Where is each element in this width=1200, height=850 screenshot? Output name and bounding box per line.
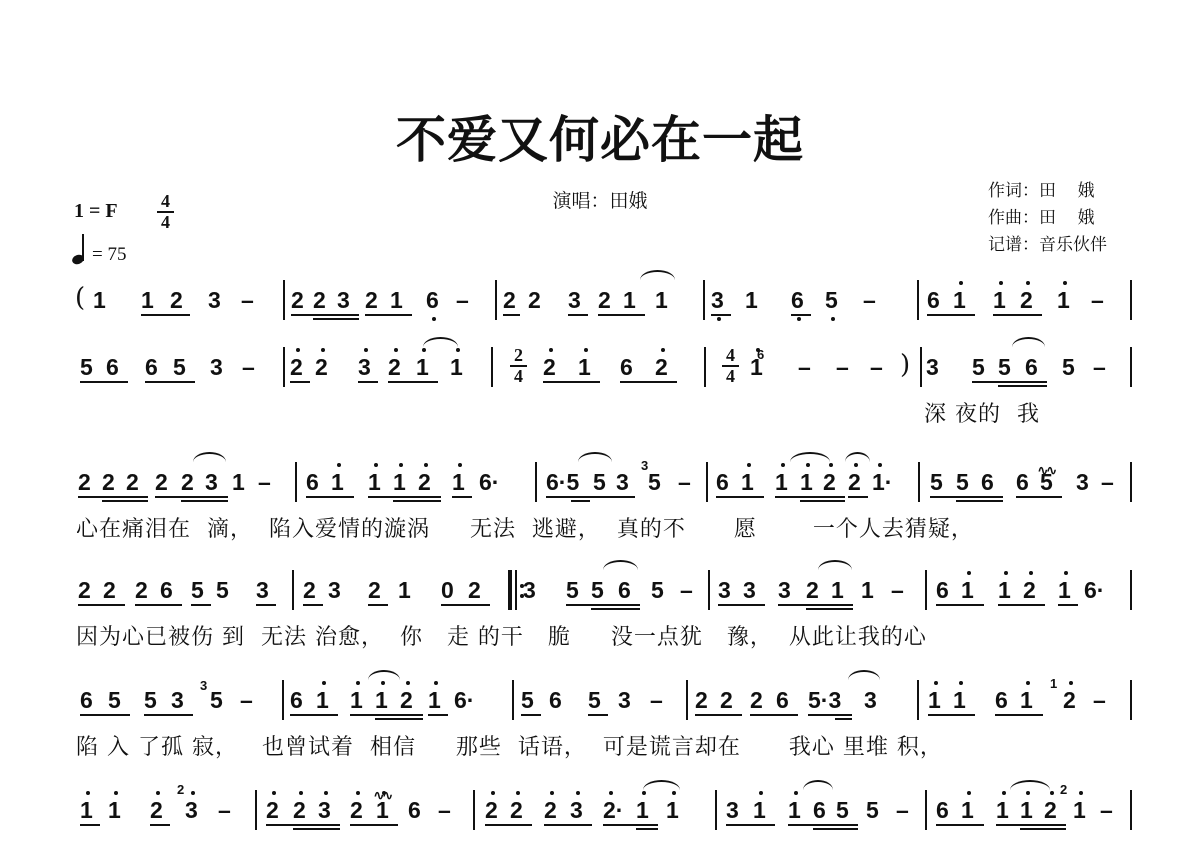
note: 2: [1020, 287, 1036, 313]
beam-underline: [428, 714, 448, 716]
note: 6·5: [546, 469, 588, 495]
beam-underline: [365, 314, 412, 316]
note: 1: [578, 354, 594, 380]
high-octave-dot: [1064, 571, 1068, 575]
note: –: [258, 469, 274, 495]
note: 5: [930, 469, 946, 495]
note: 3: [208, 287, 224, 313]
note: 3: [778, 577, 794, 603]
slur: [368, 670, 400, 680]
note: 6: [426, 287, 442, 313]
note: 1: [393, 469, 409, 495]
note: –: [836, 354, 852, 380]
beam-underline: [543, 381, 600, 383]
note: 1: [141, 287, 157, 313]
repeat-start-barline: [515, 570, 517, 610]
beam-underline: [998, 604, 1045, 606]
note: 2: [1063, 687, 1079, 713]
beam-underline: [441, 604, 490, 606]
note: 6: [981, 469, 997, 495]
high-octave-dot: [321, 348, 325, 352]
high-octave-dot: [1029, 571, 1033, 575]
note: 1: [1020, 687, 1036, 713]
beam-underline: [80, 714, 130, 716]
note: 2: [290, 354, 306, 380]
beam-underline: [256, 604, 276, 606]
note: 5: [648, 469, 664, 495]
note: 1: [1073, 797, 1089, 823]
high-octave-dot: [959, 281, 963, 285]
note: 3: [1076, 469, 1092, 495]
beam-underline: [78, 496, 148, 498]
note: 1: [928, 687, 944, 713]
grace-note: 2: [1060, 782, 1067, 797]
beam-underline: [485, 824, 532, 826]
beam-underline: [546, 496, 635, 498]
note: 3: [256, 577, 272, 603]
grace-note: 2: [177, 782, 184, 797]
high-octave-dot: [878, 463, 882, 467]
note: 5: [108, 687, 124, 713]
beam-underline: [303, 604, 323, 606]
note: 1: [316, 687, 332, 713]
note: 2: [150, 797, 166, 823]
note: 5: [1062, 354, 1078, 380]
high-octave-dot: [364, 348, 368, 352]
note: 3: [726, 797, 742, 823]
note: –: [1093, 687, 1109, 713]
beam-underline: [135, 604, 182, 606]
note: 6: [995, 687, 1011, 713]
grace-note: 3: [200, 678, 207, 693]
note: 2: [78, 577, 94, 603]
note: 3: [711, 287, 727, 313]
slur: [603, 560, 638, 570]
note: 1: [998, 577, 1014, 603]
beam-underline: [266, 824, 340, 826]
song-title: 不爱又何必在一起: [0, 100, 1200, 172]
lyric-line: 深 夜的 我: [924, 397, 1040, 428]
slur: [790, 452, 830, 462]
note: 5: [998, 354, 1014, 380]
high-octave-dot: [759, 791, 763, 795]
beam-underline: [375, 718, 423, 720]
high-octave-dot: [609, 791, 613, 795]
barline: [282, 680, 284, 720]
note: 6: [145, 354, 161, 380]
high-octave-dot: [1063, 281, 1067, 285]
beam-underline: [848, 496, 868, 498]
note: 1: [831, 577, 847, 603]
high-octave-dot: [999, 281, 1003, 285]
note: –: [891, 577, 907, 603]
beam-underline: [718, 604, 765, 606]
high-octave-dot: [550, 791, 554, 795]
barline: [706, 462, 708, 502]
slur: [848, 670, 880, 680]
note: 2: [468, 577, 484, 603]
note: 3: [618, 687, 634, 713]
high-octave-dot: [456, 348, 460, 352]
high-octave-dot: [322, 681, 326, 685]
beam-underline: [290, 714, 338, 716]
note: 3: [568, 287, 584, 313]
beam-underline: [544, 824, 592, 826]
high-octave-dot: [934, 681, 938, 685]
note: 6: [1016, 469, 1032, 495]
note: 3: [185, 797, 201, 823]
note: –: [863, 287, 879, 313]
note: –: [896, 797, 912, 823]
high-octave-dot: [1004, 571, 1008, 575]
note: 1: [861, 577, 877, 603]
beam-underline: [620, 381, 677, 383]
beam-underline: [835, 718, 852, 720]
high-octave-dot: [584, 348, 588, 352]
beam-underline: [181, 500, 228, 502]
barline: [1130, 280, 1132, 320]
note: 5: [588, 687, 604, 713]
beam-underline: [930, 496, 1003, 498]
repeat-start-barline: [508, 570, 512, 610]
beam-underline: [393, 500, 441, 502]
high-octave-dot: [1079, 791, 1083, 795]
barline: [920, 347, 922, 387]
beam-underline: [141, 314, 190, 316]
barline: [925, 570, 927, 610]
note: 5: [173, 354, 189, 380]
barline: [1130, 680, 1132, 720]
note: 2: [303, 577, 319, 603]
barline: [512, 680, 514, 720]
transcriber-credit: 记谱：音乐伙伴: [988, 232, 1107, 259]
note: –: [1101, 469, 1117, 495]
note: 5: [956, 469, 972, 495]
note: 3: [318, 797, 334, 823]
note: 1: [996, 797, 1012, 823]
beam-underline: [388, 381, 438, 383]
note: 2: [388, 354, 404, 380]
slur: [803, 780, 833, 790]
note: 5: [591, 577, 607, 603]
barline: [925, 790, 927, 830]
lyricist-credit: 作词：田 娥: [988, 178, 1107, 205]
key-signature: 1 = F: [74, 200, 118, 223]
note: 2: [103, 577, 119, 603]
quarter-note-icon: [72, 234, 86, 266]
credits-block: 作词：田 娥 作曲：田 娥 记谱：音乐伙伴: [988, 178, 1107, 259]
note: 1: [800, 469, 816, 495]
tempo-marking: = 75: [72, 234, 126, 266]
beam-underline: [936, 824, 984, 826]
beam-underline: [996, 824, 1066, 826]
high-octave-dot: [424, 463, 428, 467]
note: 1: [350, 687, 366, 713]
barline: [1130, 790, 1132, 830]
note: 3: [616, 469, 632, 495]
beam-underline: [806, 608, 853, 610]
barline: [283, 347, 285, 387]
beam-underline: [636, 828, 658, 830]
high-octave-dot: [381, 681, 385, 685]
beam-underline: [102, 500, 148, 502]
note: 2: [291, 287, 307, 313]
note: 5: [866, 797, 882, 823]
beam-underline: [956, 500, 1003, 502]
note: 3: [210, 354, 226, 380]
lyric-line: 陷 入 了孤 寂， 也曾试着 相信 那些 话语， 可是谎言却在 我心 里堆 积，: [76, 730, 943, 761]
high-octave-dot: [337, 463, 341, 467]
note: 5: [972, 354, 988, 380]
high-octave-dot: [394, 348, 398, 352]
note: 2: [695, 687, 711, 713]
note: –: [242, 354, 258, 380]
note: 2: [365, 287, 381, 313]
trill-icon: ∿∿: [1037, 463, 1054, 479]
lyric-line: 因为心已被伤 到 无法 治愈， 你 走 的干 脆 没一点犹 豫， 从此让我的心: [76, 620, 927, 651]
beam-underline: [358, 381, 378, 383]
note: 1: [775, 469, 791, 495]
beam-underline: [521, 714, 541, 716]
high-octave-dot: [672, 791, 676, 795]
beam-underline: [80, 824, 100, 826]
note: 3: [328, 577, 344, 603]
note: –: [1091, 287, 1107, 313]
note: 1: [961, 577, 977, 603]
high-octave-dot: [434, 681, 438, 685]
beam-underline: [788, 824, 858, 826]
beam-underline: [290, 381, 310, 383]
note: 2: [400, 687, 416, 713]
high-octave-dot: [1050, 791, 1054, 795]
low-octave-dot: [797, 317, 801, 321]
barline: [917, 280, 919, 320]
note: 2·: [603, 797, 631, 823]
beam-underline: [813, 828, 858, 830]
high-octave-dot: [458, 463, 462, 467]
note: 2: [418, 469, 434, 495]
time-signature-change: 24: [510, 347, 527, 385]
high-octave-dot: [324, 791, 328, 795]
note: 2: [1023, 577, 1039, 603]
high-octave-dot: [967, 571, 971, 575]
note: –: [218, 797, 234, 823]
high-octave-dot: [296, 348, 300, 352]
note: 1: [398, 577, 414, 603]
note: 1: [741, 469, 757, 495]
note: –: [456, 287, 472, 313]
note: 5: [521, 687, 537, 713]
barline: [1130, 347, 1132, 387]
note: 2: [750, 687, 766, 713]
note: 6: [813, 797, 829, 823]
note: 1: [375, 687, 391, 713]
beam-underline: [191, 604, 211, 606]
note: 6·: [1084, 577, 1112, 603]
beam-underline: [936, 604, 984, 606]
low-octave-dot: [717, 317, 721, 321]
note: 5: [191, 577, 207, 603]
barline: [917, 680, 919, 720]
note: 3: [171, 687, 187, 713]
slur: [818, 560, 852, 570]
beam-underline: [808, 714, 852, 716]
note: 2: [720, 687, 736, 713]
beam-underline: [571, 500, 590, 502]
note: 5: [836, 797, 852, 823]
barline: [708, 570, 710, 610]
beam-underline: [1020, 828, 1066, 830]
time-signature-bottom: 4: [161, 214, 170, 231]
high-octave-dot: [399, 463, 403, 467]
slur: [1012, 337, 1045, 347]
parenthesis: ): [900, 350, 910, 380]
note: 5: [566, 577, 582, 603]
high-octave-dot: [356, 681, 360, 685]
high-octave-dot: [1026, 281, 1030, 285]
beam-underline: [588, 714, 608, 716]
high-octave-dot: [156, 791, 160, 795]
barline: [703, 280, 705, 320]
note: 1: [1057, 287, 1073, 313]
note: 2: [544, 797, 560, 823]
slur: [640, 270, 675, 280]
beam-underline: [150, 824, 170, 826]
note: 2: [598, 287, 614, 313]
tempo-value: = 75: [92, 244, 126, 266]
note: 1: [108, 797, 124, 823]
note: 2: [181, 469, 197, 495]
slur: [578, 452, 612, 462]
note: 3: [864, 687, 880, 713]
note: 2: [155, 469, 171, 495]
note: 6: [927, 287, 943, 313]
beam-underline: [350, 714, 423, 716]
high-octave-dot: [1026, 681, 1030, 685]
grace-note: 6: [757, 347, 764, 362]
high-octave-dot: [272, 791, 276, 795]
beam-underline: [291, 314, 359, 316]
note: 3: [358, 354, 374, 380]
beam-underline: [368, 496, 441, 498]
note: 6: [408, 797, 424, 823]
high-octave-dot: [549, 348, 553, 352]
beam-underline: [155, 496, 228, 498]
beam-underline: [1016, 496, 1062, 498]
beam-underline: [452, 496, 472, 498]
note: 6: [620, 354, 636, 380]
beam-underline: [928, 714, 975, 716]
note: 1: [93, 287, 109, 313]
note: 6: [618, 577, 634, 603]
high-octave-dot: [794, 791, 798, 795]
note: 5: [593, 469, 609, 495]
beam-underline: [78, 604, 125, 606]
repeat-dot: [520, 584, 524, 588]
note: –: [1100, 797, 1116, 823]
note: 2: [135, 577, 151, 603]
trill-icon: ∿∿: [373, 788, 390, 804]
beam-underline: [313, 318, 359, 320]
note: 5: [216, 577, 232, 603]
note: 1: [80, 797, 96, 823]
note: 1: [390, 287, 406, 313]
low-octave-dot: [432, 317, 436, 321]
note: 2: [528, 287, 544, 313]
high-octave-dot: [86, 791, 90, 795]
note: 5: [210, 687, 226, 713]
note: 6: [936, 577, 952, 603]
barline: [535, 462, 537, 502]
barline: [686, 680, 688, 720]
barline: [918, 462, 920, 502]
high-octave-dot: [576, 791, 580, 795]
note: 6: [1025, 354, 1041, 380]
beam-underline: [775, 496, 845, 498]
beam-underline: [750, 714, 798, 716]
note: 2: [102, 469, 118, 495]
beam-underline: [927, 314, 975, 316]
time-signature-change: 44: [722, 347, 739, 385]
beam-underline: [800, 500, 845, 502]
barline: [283, 280, 285, 320]
note: 2: [485, 797, 501, 823]
beam-underline: [972, 381, 1047, 383]
note: 1: [416, 354, 432, 380]
beam-underline: [716, 496, 764, 498]
note: 3: [718, 577, 734, 603]
barline: [295, 462, 297, 502]
note: 2: [823, 469, 839, 495]
barline: [1130, 570, 1132, 610]
note: 1: [623, 287, 639, 313]
composer-credit: 作曲：田 娥: [988, 205, 1107, 232]
note: 1: [1020, 797, 1036, 823]
high-octave-dot: [806, 463, 810, 467]
note: 2: [170, 287, 186, 313]
note: 5·3: [808, 687, 850, 713]
note: 1: [953, 687, 969, 713]
note: 5: [825, 287, 841, 313]
barline: [704, 347, 706, 387]
barline: [292, 570, 294, 610]
note: 0: [441, 577, 457, 603]
beam-underline: [566, 604, 640, 606]
note: 1: [953, 287, 969, 313]
grace-note: 3: [641, 458, 648, 473]
beam-underline: [711, 314, 731, 316]
note: 5: [651, 577, 667, 603]
note: 1: [993, 287, 1009, 313]
beam-underline: [726, 824, 775, 826]
note: 6: [80, 687, 96, 713]
high-octave-dot: [191, 791, 195, 795]
note: 2: [806, 577, 822, 603]
high-octave-dot: [1069, 681, 1073, 685]
note: 1: [745, 287, 761, 313]
beam-underline: [591, 608, 640, 610]
grace-note: 1: [1050, 676, 1057, 691]
beam-underline: [995, 714, 1043, 716]
note: 6: [936, 797, 952, 823]
high-octave-dot: [967, 791, 971, 795]
note: 1: [636, 797, 652, 823]
note: 1: [452, 469, 468, 495]
note: 3: [523, 577, 539, 603]
beam-underline: [598, 314, 645, 316]
high-octave-dot: [747, 463, 751, 467]
note: 2: [510, 797, 526, 823]
